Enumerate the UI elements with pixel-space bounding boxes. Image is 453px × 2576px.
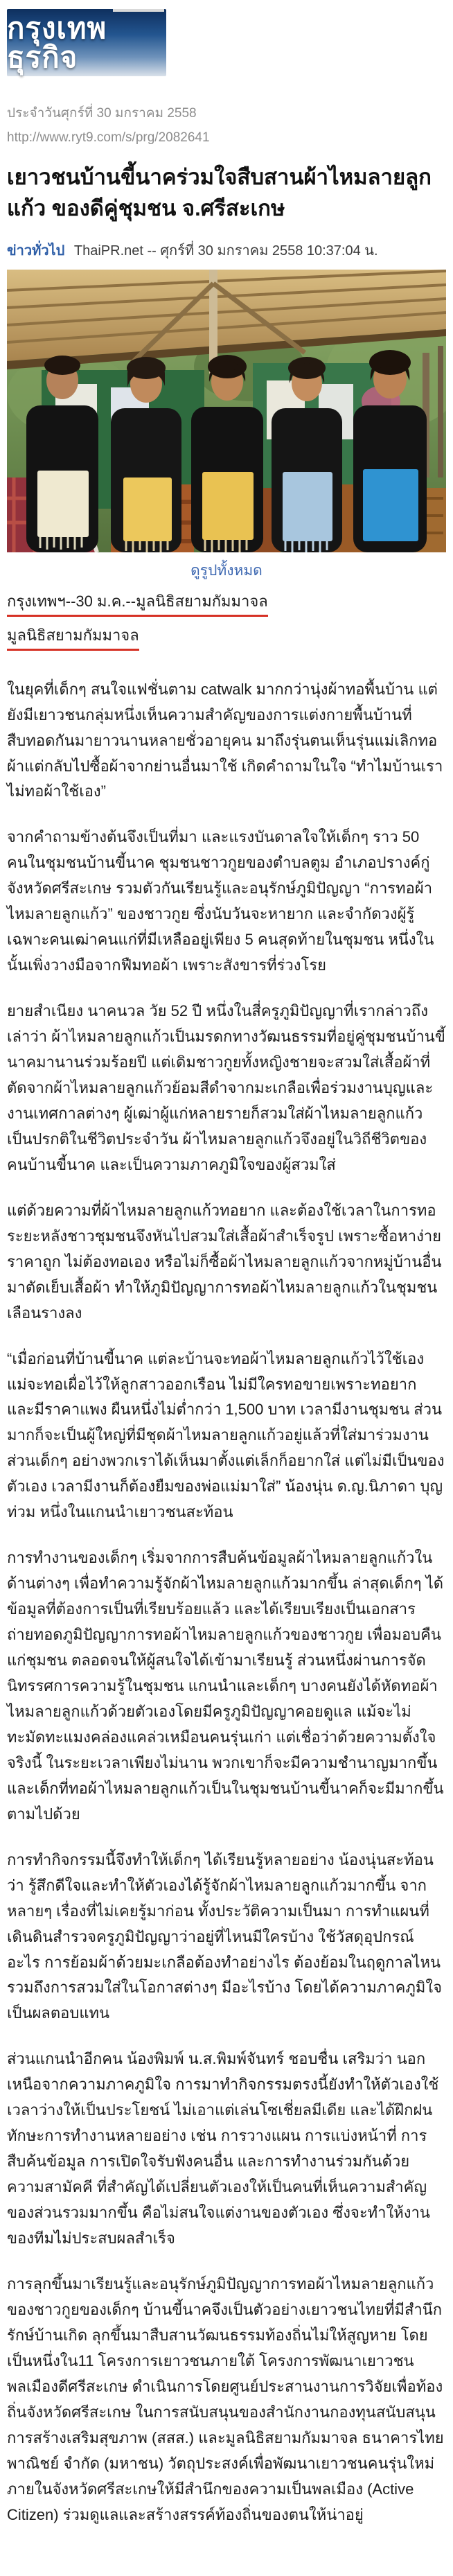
- cloth-fringe: [126, 541, 168, 552]
- held-cloth-5: [363, 469, 418, 541]
- source-org-link[interactable]: มูลนิธิสยามกัมมาจล: [7, 623, 139, 651]
- article-meta: ข่าวทั่วไป ThaiPR.net -- ศุกร์ที่ 30 มกร…: [7, 239, 446, 261]
- paragraph: ในยุคที่เด็กๆ สนใจแฟชั่นตาม catwalk มากก…: [7, 677, 446, 805]
- held-cloth-2: [123, 477, 172, 552]
- paragraph: ยายสำเนียง นาคนวล วัย 52 ปี หนึ่งในสี่คร…: [7, 999, 446, 1178]
- article-body: ในยุคที่เด็กๆ สนใจแฟชั่นตาม catwalk มากก…: [7, 677, 446, 2528]
- paragraph: ส่วนแกนนำอีกคน น้องพิมพ์ น.ส.พิมพ์จันทร์…: [7, 2047, 446, 2252]
- paragraph: “เมื่อก่อนที่บ้านขี้นาค แต่ละบ้านจะทอผ้า…: [7, 1347, 446, 1526]
- dateline-text: กรุงเทพฯ--30 ม.ค.--มูลนิธิสยามกัมมาจล: [7, 589, 268, 617]
- paragraph: การทำงานของเด็กๆ เริ่มจากการสืบค้นข้อมูล…: [7, 1545, 446, 1827]
- dateline-block: กรุงเทพฯ--30 ม.ค.--มูลนิธิสยามกัมมาจล มู…: [7, 589, 446, 657]
- article-photo[interactable]: [7, 270, 446, 552]
- newspaper-logo-text: กรุงเทพธุรกิจ: [7, 14, 166, 72]
- view-all-photos-link[interactable]: ดูรูปทั้งหมด: [7, 559, 446, 582]
- paragraph: จากคำถามข้างต้นจึงเป็นที่มา และแรงบันดาล…: [7, 825, 446, 979]
- newspaper-logo[interactable]: กรุงเทพธุรกิจ: [7, 9, 166, 76]
- cloth-fringe: [40, 537, 82, 550]
- cloth-fringe: [205, 540, 247, 552]
- article-page: กรุงเทพธุรกิจ ประจำวันศุกร์ที่ 30 มกราคม…: [0, 9, 453, 2576]
- source-url: http://www.ryt9.com/s/prg/2082641: [7, 130, 446, 146]
- cloth-fringe: [285, 541, 327, 552]
- held-cloth-4: [283, 472, 332, 552]
- category-link[interactable]: ข่าวทั่วไป: [7, 243, 64, 259]
- paragraph: แต่ด้วยความที่ผ้าไหมลายลูกแก้วทอยาก และต…: [7, 1198, 446, 1326]
- screen-edge-artifact: [113, 9, 164, 12]
- issue-date: ประจำวันศุกร์ที่ 30 มกราคม 2558: [7, 103, 446, 123]
- tree-trunk: [438, 346, 443, 477]
- byline-text: ThaiPR.net -- ศุกร์ที่ 30 มกราคม 2558 10…: [74, 243, 378, 259]
- paragraph: การทำกิจกรรมนี้จึงทำให้เด็กๆ ได้เรียนรู้…: [7, 1848, 446, 2027]
- paragraph: การลุกขึ้นมาเรียนรู้และอนุรักษ์ภูมิปัญญา…: [7, 2272, 446, 2528]
- article-headline: เยาวชนบ้านขี้นาคร่วมใจสืบสานผ้าไหมลายลูก…: [7, 162, 446, 225]
